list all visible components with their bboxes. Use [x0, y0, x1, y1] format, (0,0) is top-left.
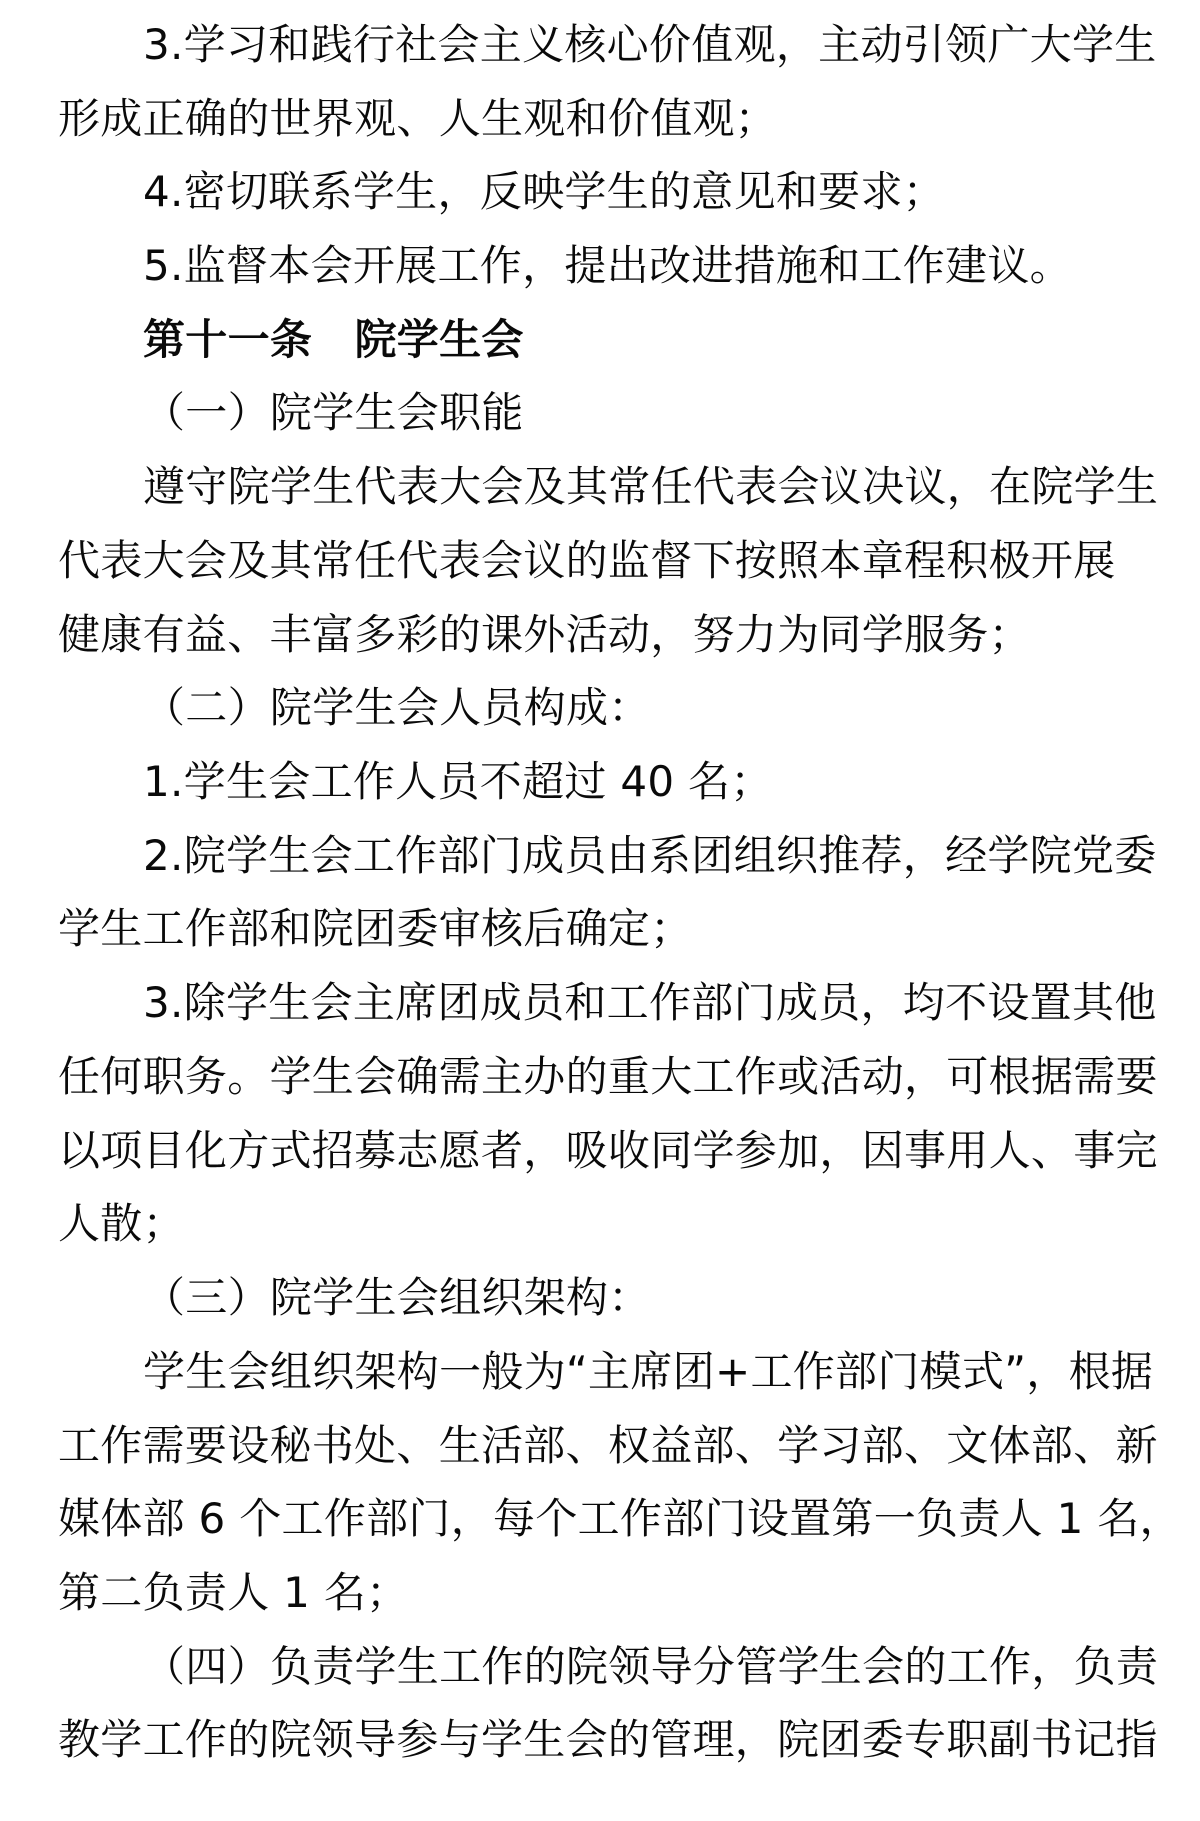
text-line: 4.密切联系学生，反映学生的意见和要求； [143, 155, 945, 229]
text-line: 2.院学生会工作部门成员由系团组织推荐，经学院党委 [143, 819, 1157, 893]
section-title: （二）院学生会人员构成： [143, 671, 651, 745]
text-line: 3.除学生会主席团成员和工作部门成员，均不设置其他 [143, 966, 1157, 1040]
text-line: 以项目化方式招募志愿者，吸收同学参加，因事用人、事完 [58, 1114, 1158, 1188]
text-line: 学生会组织架构一般为“主席团+工作部门模式”，根据 [143, 1335, 1153, 1409]
text-line: 形成正确的世界观、人生观和价值观； [58, 82, 777, 156]
text-line: 遵守院学生代表大会及其常任代表会议决议，在院学生 [143, 450, 1158, 524]
text-line: 第二负责人 1 名； [58, 1556, 408, 1630]
text-line: 健康有益、丰富多彩的课外活动，努力为同学服务； [58, 598, 1031, 672]
section-title: （三）院学生会组织架构： [143, 1261, 651, 1335]
text-line: 5.监督本会开展工作，提出改进措施和工作建议。 [143, 229, 1072, 303]
document-page: 3.学习和践行社会主义核心价值观，主动引领广大学生 形成正确的世界观、人生观和价… [0, 0, 1200, 1821]
text-line: （四）负责学生工作的院领导分管学生会的工作，负责 [143, 1630, 1158, 1704]
section-title: （一）院学生会职能 [143, 376, 524, 450]
text-line: 任何职务。学生会确需主办的重大工作或活动，可根据需要 [58, 1040, 1158, 1114]
text-line: 代表大会及其常任代表会议的监督下按照本章程积极开展 [58, 524, 1116, 598]
article-title: 第十一条 院学生会 [143, 303, 524, 377]
text-line: 学生工作部和院团委审核后确定； [58, 892, 693, 966]
text-line: 教学工作的院领导参与学生会的管理，院团委专职副书记指 [58, 1703, 1158, 1777]
text-line: 人散； [58, 1187, 185, 1261]
text-line: 3.学习和践行社会主义核心价值观，主动引领广大学生 [143, 8, 1157, 82]
text-line: 1.学生会工作人员不超过 40 名； [143, 745, 773, 819]
text-line: 媒体部 6 个工作部门，每个工作部门设置第一负责人 1 名， [58, 1482, 1182, 1556]
text-line: 工作需要设秘书处、生活部、权益部、学习部、文体部、新 [58, 1409, 1158, 1483]
